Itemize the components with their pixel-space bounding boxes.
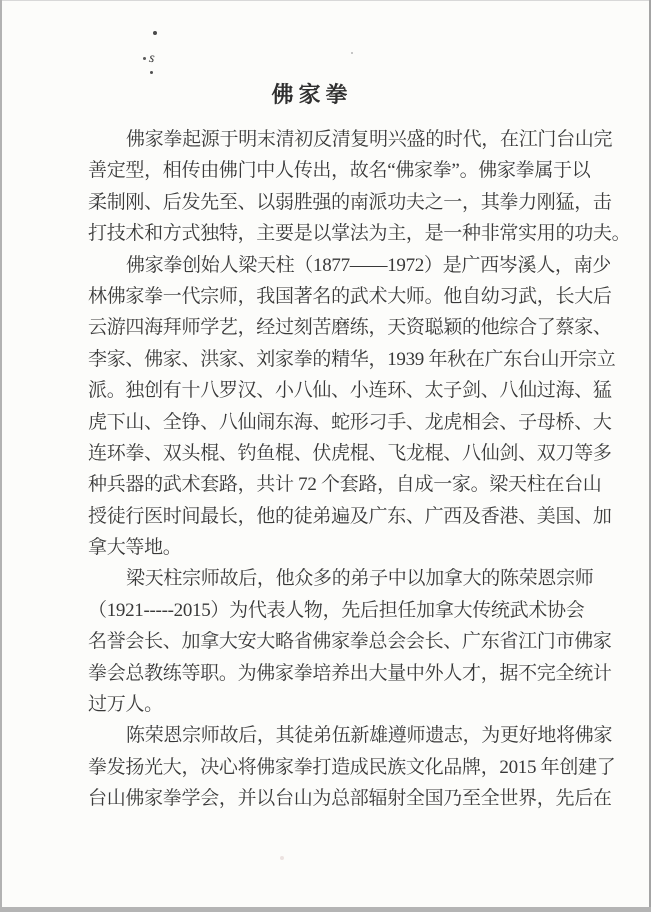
scan-edge-bottom — [0, 907, 651, 912]
text-line: 连环拳、双头棍、钓鱼棍、伏虎棍、飞龙棍、八仙剑、双刀等多 — [88, 438, 568, 469]
text-line: 梁天柱宗师故后，他众多的弟子中以加拿大的陈荣恩宗师 — [88, 563, 568, 594]
ink-speck — [280, 856, 284, 860]
text-line: 拳会总教练等职。为佛家拳培养出大量中外人才，据不完全统计 — [88, 658, 568, 689]
paragraph: 佛家拳创始人梁天柱（1877——1972）是广西岑溪人，南少林佛家拳一代宗师，我… — [88, 250, 568, 564]
text-line: 拿大等地。 — [88, 532, 568, 563]
text-line: 善定型，相传由佛门中人传出，故名“佛家拳”。佛家拳属于以 — [88, 155, 568, 186]
text-line: 虎下山、全铮、八仙闹东海、蛇形刁手、龙虎相会、子母桥、大 — [88, 407, 568, 438]
scanned-document-page: s 佛家拳 佛家拳起源于明末清初反清复明兴盛的时代，在江门台山完善定型，相传由佛… — [0, 0, 651, 912]
text-line: 陈荣恩宗师故后，其徒弟伍新雄遵师遗志，为更好地将佛家 — [88, 720, 568, 751]
text-line: 打技术和方式独特，主要是以掌法为主，是一种非常实用的功夫。 — [88, 218, 568, 249]
scan-edge-top — [0, 0, 651, 1]
text-line: 名誉会长、加拿大安大略省佛家拳总会会长、广东省江门市佛家 — [88, 626, 568, 657]
text-line: 李家、佛家、洪家、刘家拳的精华，1939 年秋在广东台山开宗立 — [88, 344, 568, 375]
document-body: 佛家拳起源于明末清初反清复明兴盛的时代，在江门台山完善定型，相传由佛门中人传出，… — [88, 124, 568, 815]
paragraph: 陈荣恩宗师故后，其徒弟伍新雄遵师遗志，为更好地将佛家拳发扬光大，决心将佛家拳打造… — [88, 720, 568, 814]
text-line: 柔制刚、后发先至、以弱胜强的南派功夫之一，其拳力刚猛，击 — [88, 187, 568, 218]
text-line: 过万人。 — [88, 689, 568, 720]
handwritten-mark: s — [148, 52, 155, 67]
document-title: 佛家拳 — [72, 82, 552, 108]
text-line: 佛家拳创始人梁天柱（1877——1972）是广西岑溪人，南少 — [88, 250, 568, 281]
ink-speck — [153, 31, 157, 35]
text-line: 拳发扬光大，决心将佛家拳打造成民族文化品牌，2015 年创建了 — [88, 752, 568, 783]
ink-speck — [143, 57, 146, 60]
text-line: 授徒行医时间最长，他的徒弟遍及广东、广西及香港、美国、加 — [88, 501, 568, 532]
text-line: 台山佛家拳学会，并以台山为总部辐射全国乃至全世界，先后在 — [88, 783, 568, 814]
text-line: （1921-----2015）为代表人物，先后担任加拿大传统武术协会 — [88, 595, 568, 626]
paragraph: 梁天柱宗师故后，他众多的弟子中以加拿大的陈荣恩宗师（1921-----2015）… — [88, 563, 568, 720]
scan-edge-left — [0, 0, 2, 912]
ink-speck — [150, 71, 153, 74]
ink-speck — [351, 52, 353, 54]
document-content: 佛家拳 佛家拳起源于明末清初反清复明兴盛的时代，在江门台山完善定型，相传由佛门中… — [88, 82, 568, 815]
text-line: 佛家拳起源于明末清初反清复明兴盛的时代，在江门台山完 — [88, 124, 568, 155]
text-line: 派。独创有十八罗汉、小八仙、小连环、太子剑、八仙过海、猛 — [88, 375, 568, 406]
text-line: 云游四海拜师学艺，经过刻苦磨练，天资聪颖的他综合了蔡家、 — [88, 312, 568, 343]
text-line: 林佛家拳一代宗师，我国著名的武术大师。他自幼习武，长大后 — [88, 281, 568, 312]
paragraph: 佛家拳起源于明末清初反清复明兴盛的时代，在江门台山完善定型，相传由佛门中人传出，… — [88, 124, 568, 250]
text-line: 种兵器的武术套路，共计 72 个套路，自成一家。梁天柱在台山 — [88, 469, 568, 500]
